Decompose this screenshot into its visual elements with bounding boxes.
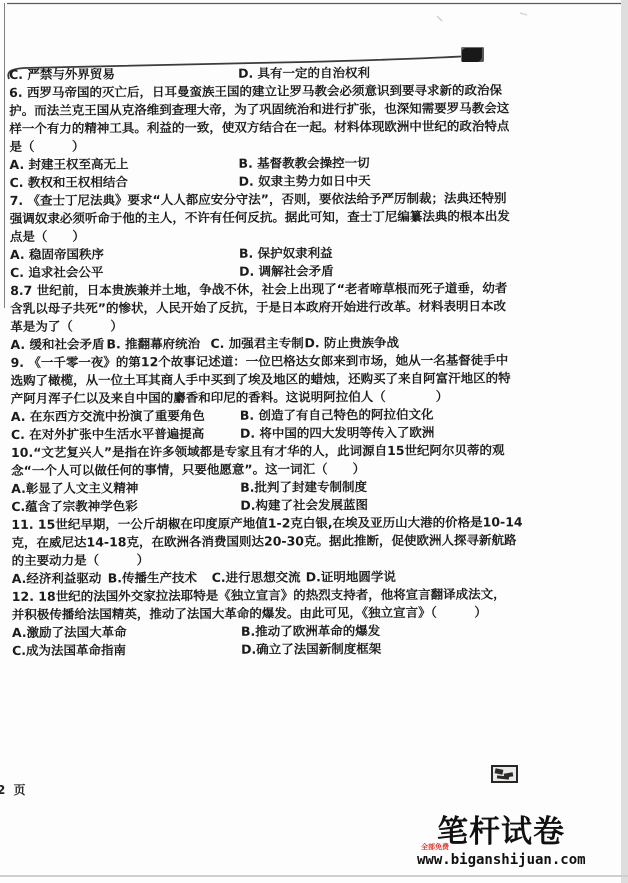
- q9-option-c: C. 在对外扩张中生活水平普遍提高: [11, 425, 240, 444]
- q9-option-d: D. 将中国的四大发明等传入了欧洲: [240, 424, 435, 443]
- watermark-url: www.biganshijuan.com: [413, 852, 598, 868]
- scan-smudge-1: [437, 16, 442, 21]
- scan-bottom-edge: [0, 875, 628, 877]
- q11-option-b: B.传播生产技术: [108, 569, 212, 588]
- q9-option-a: A. 在东西方交流中扮演了重要角色: [11, 407, 240, 426]
- exam-content: C. 严禁与外界贸易 D. 具有一定的自治权利 6. 西罗马帝国的灭亡后，日耳曼…: [0, 63, 519, 660]
- q10-option-a: A.彰显了人文主义精神: [11, 479, 240, 498]
- q11-option-d: D.证明地圆学说: [306, 568, 396, 586]
- q12-options-cd: C.成为法国革命指南 D.确立了法国新制度框架: [3, 639, 519, 660]
- q8-option-d: D. 防止贵族争战: [304, 334, 399, 352]
- q7-stem-line-2: 强调奴隶必须听命于他的主人，不许有任何反抗。据此可知，查士丁尼编纂法典的根本出发: [1, 207, 517, 228]
- q7-option-a: A. 稳固帝国秩序: [10, 245, 239, 264]
- q12-option-a: A.激励了法国大革命: [12, 623, 241, 642]
- watermark-brand-row: 全部免费 笔杆试卷: [413, 806, 598, 852]
- q10-option-d: D.构建了社会发展蓝图: [240, 496, 368, 515]
- q6-stem-line-3: 样一个有力的精神工具。利益的一致，使双方结合在一起。材料体现欧洲中世纪的政治特点: [0, 117, 516, 138]
- q7-option-c: C. 追求社会公平: [10, 263, 239, 282]
- watermark: 全部免费 笔杆试卷 www.biganshijuan.com: [413, 806, 598, 868]
- q10-stem-line-1: 10.“文艺复兴人”是指在许多领域都是专家且有才华的人，此词源自15世纪阿尔贝蒂…: [2, 441, 518, 462]
- ink-stamp-top: [461, 47, 484, 62]
- q5-option-c: C. 严禁与外界贸易: [9, 65, 238, 84]
- q9-option-b: B. 创造了有自己特色的阿拉伯文化: [240, 406, 434, 425]
- q8-option-b: B. 推翻幕府统治: [106, 335, 210, 354]
- ink-stamp-bottom: [491, 765, 518, 783]
- q6-option-b: B. 基督教教会操控一切: [238, 154, 369, 173]
- q11-option-a: A.经济利益驱动: [12, 569, 108, 588]
- q7-option-d: D. 调解社会矛盾: [239, 262, 334, 280]
- q6-option-c: C. 教权和王权相结合: [10, 173, 239, 192]
- q6-option-d: D. 奴隶主势力如日中天: [239, 172, 371, 191]
- q12-stem-line-2: 并积极传播给法国精英，推动了法国大革命的爆发。由此可见，《独立宣言》（ ）: [3, 603, 519, 624]
- q10-option-c: C.蕴含了宗教神学色彩: [11, 497, 240, 516]
- q12-option-d: D.确立了法国新制度框架: [241, 640, 381, 659]
- scan-right-edge: [621, 0, 628, 883]
- q8-stem-line-2: 含乳以母子共死”的惨状，人民开始了反抗，于是日本政府开始进行改革。材料表明日本改: [1, 297, 517, 318]
- q11-option-c: C.进行思想交流: [212, 568, 306, 586]
- q11-stem-line-2: 克，在威尼达14-18克，在欧洲各消费国则达20-30克。据此推断，促使欧洲人探…: [2, 531, 518, 552]
- page-number: 2 页: [0, 781, 28, 798]
- q8-option-c: C. 加强君主专制: [210, 334, 304, 352]
- q7-option-b: B. 保护奴隶利益: [239, 244, 333, 262]
- q12-option-b: B.推动了欧洲革命的爆发: [241, 622, 380, 641]
- q10-option-b: B.批判了封建专制制度: [240, 478, 367, 497]
- q5-option-d: D. 具有一定的自治权利: [238, 64, 370, 83]
- q8-option-a: A. 缓和社会矛盾: [10, 335, 106, 354]
- scanned-exam-page: C. 严禁与外界贸易 D. 具有一定的自治权利 6. 西罗马帝国的灭亡后，日耳曼…: [0, 0, 628, 883]
- watermark-brand: 笔杆试卷: [437, 806, 565, 851]
- q9-stem-line-3: 产阿月浑子仁以及来自中国的麝香和印尼的香料。这说明阿拉伯人（ ）: [2, 387, 518, 408]
- q12-option-c: C.成为法国革命指南: [12, 641, 241, 660]
- scan-smudge-2: [520, 13, 527, 15]
- q6-option-a: A. 封建王权至高无上: [9, 155, 238, 174]
